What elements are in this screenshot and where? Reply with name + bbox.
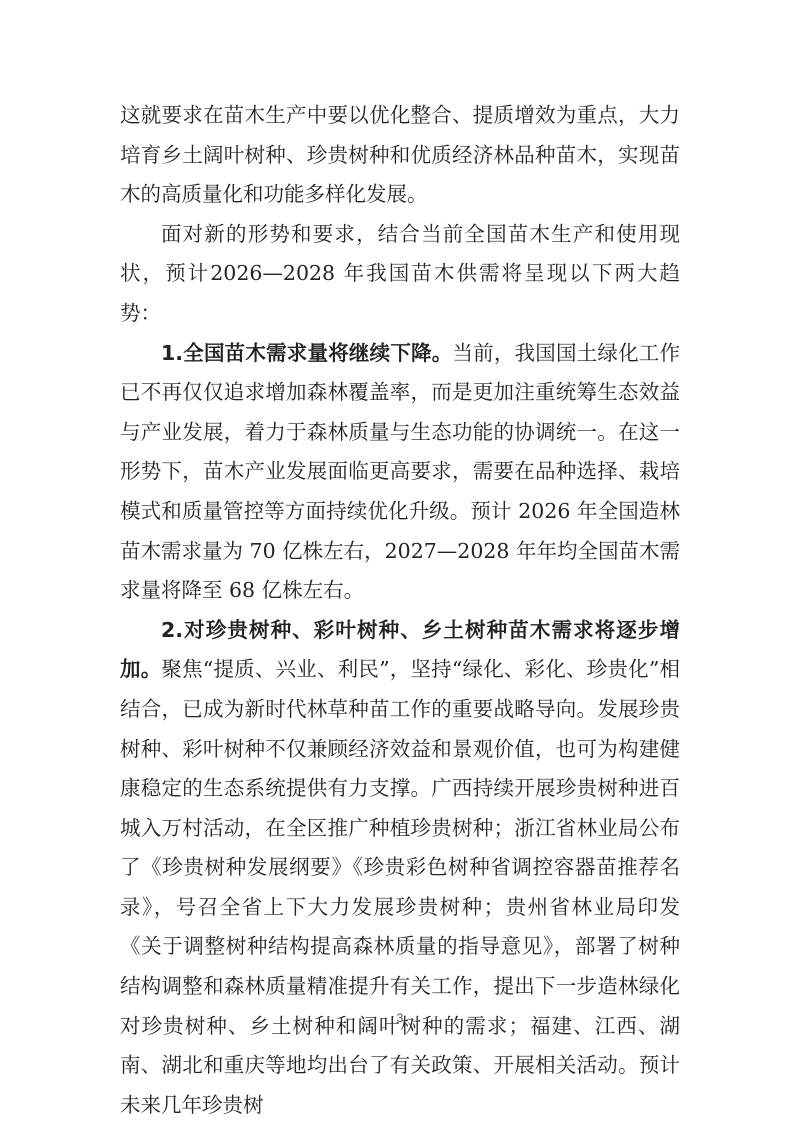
paragraph-continuation: 这就要求在苗木生产中要以优化整合、提质增效为重点，大力培育乡土阔叶树种、珍贵树种… (120, 96, 680, 215)
paragraph-trend-1: 1.全国苗木需求量将继续下降。当前，我国国土绿化工作已不再仅仅追求增加森林覆盖率… (120, 334, 680, 611)
paragraph-text: 面对新的形势和要求，结合当前全国苗木生产和使用现状，预计2026—2028 年我… (120, 222, 680, 325)
paragraph-text: 聚焦“提质、兴业、利民”，坚持“绿化、彩化、珍贵化”相结合，已成为新时代林草种苗… (120, 657, 680, 1117)
document-page: 这就要求在苗木生产中要以优化整合、提质增效为重点，大力培育乡土阔叶树种、珍贵树种… (0, 0, 800, 1131)
paragraph-text: 当前，我国国土绿化工作已不再仅仅追求增加森林覆盖率，而是更加注重统筹生态效益与产… (120, 341, 680, 603)
paragraph-text: 这就要求在苗木生产中要以优化整合、提质增效为重点，大力培育乡土阔叶树种、珍贵树种… (120, 103, 680, 206)
page-number: 3 (0, 1011, 800, 1025)
paragraph-trend-2: 2.对珍贵树种、彩叶树种、乡土树种苗木需求将逐步增加。聚焦“提质、兴业、利民”，… (120, 611, 680, 1126)
body-text: 这就要求在苗木生产中要以优化整合、提质增效为重点，大力培育乡土阔叶树种、珍贵树种… (120, 96, 680, 1125)
trend-1-heading: 1.全国苗木需求量将继续下降。 (161, 341, 452, 365)
paragraph-intro: 面对新的形势和要求，结合当前全国苗木生产和使用现状，预计2026—2028 年我… (120, 215, 680, 334)
